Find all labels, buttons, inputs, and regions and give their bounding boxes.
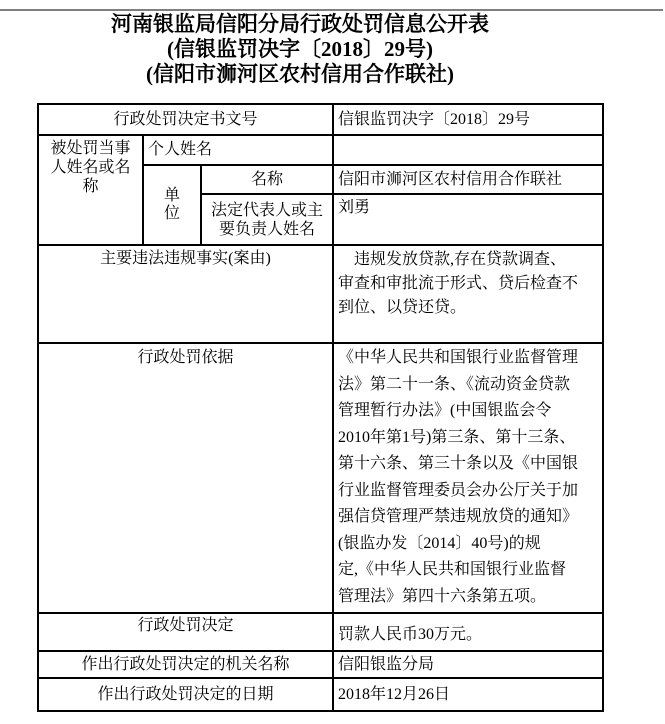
legal-rep-value: 刘勇 <box>333 194 603 245</box>
unit-name-label: 名称 <box>201 165 333 194</box>
table-row: 作出行政处罚决定的日期 2018年12月26日 <box>38 678 603 711</box>
basis-label: 行政处罚依据 <box>38 343 333 613</box>
facts-value: 违规发放贷款,存在贷款调查、 审查和审批流于形式、贷后检查不 到位、以贷还贷。 <box>333 245 603 343</box>
unit-name-value: 信阳市浉河区农村信用合作联社 <box>333 165 603 194</box>
authority-value: 信阳银监分局 <box>333 651 603 678</box>
table-row: 被处罚当事 人姓名或名 称 个人姓名 <box>38 135 603 165</box>
doc-number-value: 信银监罚决字〔2018〕29号 <box>333 104 603 135</box>
doc-number-label: 行政处罚决定书文号 <box>38 104 333 135</box>
institution-subtitle: (信阳市浉河区农村信用合作联社) <box>0 62 600 87</box>
legal-rep-label: 法定代表人或主 要负责人姓名 <box>201 194 333 245</box>
personal-name-label: 个人姓名 <box>143 135 333 165</box>
table-row: 行政处罚决定书文号 信银监罚决字〔2018〕29号 <box>38 104 603 135</box>
decision-label: 行政处罚决定 <box>38 613 333 651</box>
unit-label: 单 位 <box>143 165 201 245</box>
personal-name-value <box>333 135 603 165</box>
authority-label: 作出行政处罚决定的机关名称 <box>38 651 333 678</box>
table-row: 作出行政处罚决定的机关名称 信阳银监分局 <box>38 651 603 678</box>
top-divider <box>0 9 663 11</box>
penalty-table: 行政处罚决定书文号 信银监罚决字〔2018〕29号 被处罚当事 人姓名或名 称 … <box>37 103 604 712</box>
table-row: 主要违法违规事实(案由) 违规发放贷款,存在贷款调查、 审查和审批流于形式、贷后… <box>38 245 603 343</box>
document-header: 河南银监局信阳分局行政处罚信息公开表 (信银监罚决字〔2018〕29号) (信阳… <box>0 12 600 87</box>
document-number-subtitle: (信银监罚决字〔2018〕29号) <box>0 37 600 62</box>
document-title: 河南银监局信阳分局行政处罚信息公开表 <box>0 12 600 37</box>
decision-value: 罚款人民币30万元。 <box>333 613 603 651</box>
party-name-label: 被处罚当事 人姓名或名 称 <box>38 135 143 245</box>
date-value: 2018年12月26日 <box>333 678 603 711</box>
table-row: 行政处罚决定 罚款人民币30万元。 <box>38 613 603 651</box>
date-label: 作出行政处罚决定的日期 <box>38 678 333 711</box>
table-row: 行政处罚依据 《中华人民共和国银行业监督管理 法》第二十一条、《流动资金贷款 管… <box>38 343 603 613</box>
basis-value: 《中华人民共和国银行业监督管理 法》第二十一条、《流动资金贷款 管理暂行办法》(… <box>333 343 603 613</box>
facts-label: 主要违法违规事实(案由) <box>38 245 333 343</box>
